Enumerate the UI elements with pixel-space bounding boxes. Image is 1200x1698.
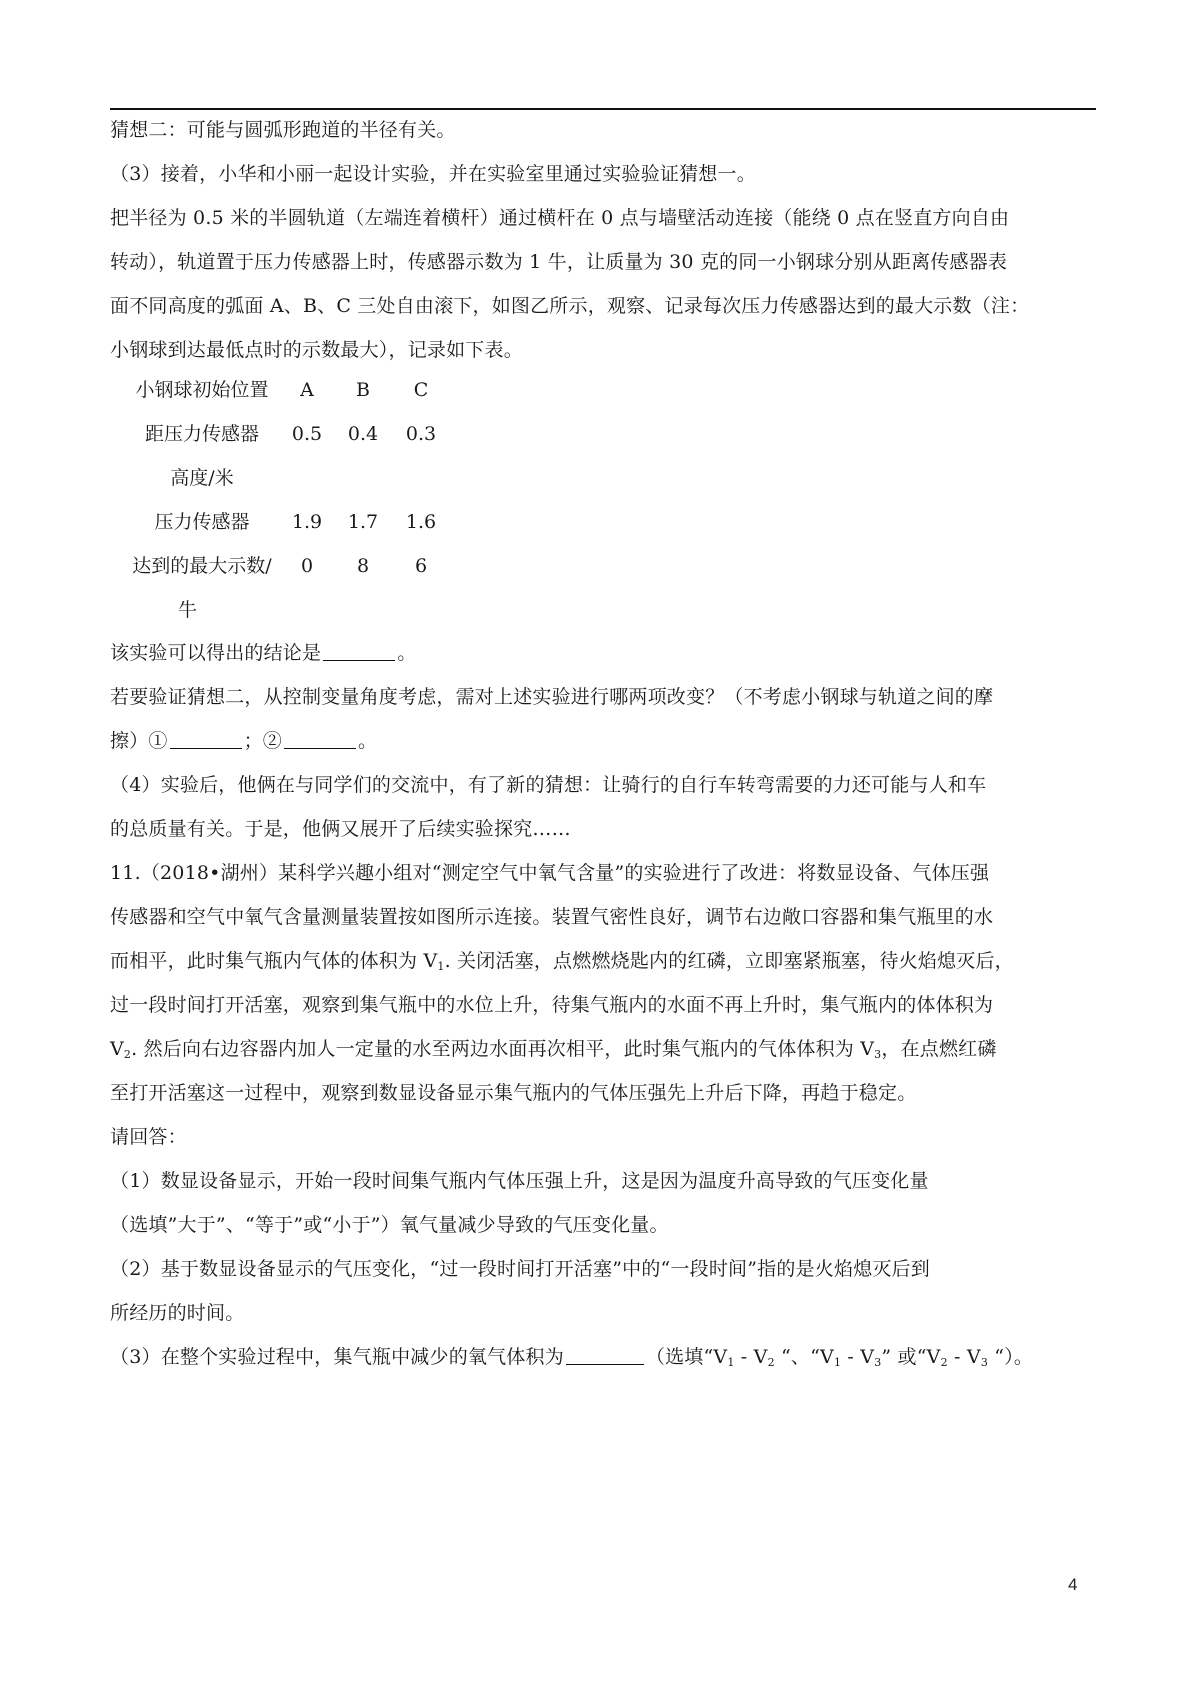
table-row2-value-a-line2: 0 <box>282 554 332 578</box>
text-line-part4-1: （4）实验后，他俩在与同学们的交流中，有了新的猜想：让骑行的自行车转弯需要的力还… <box>110 773 1100 797</box>
table-row1-label-line2: 高度/米 <box>112 466 292 490</box>
text-line-q11-6: 至打开活塞这一过程中，观察到数显设备显示集气瓶内的气体压强先上升后下降，再趋于稳… <box>110 1081 1100 1105</box>
text-line-setup-1: 把半径为 0.5 米的半圆轨道（左端连着横杆）通过横杆在 0 点与墙壁活动连接（… <box>110 206 1100 230</box>
verify-mid: ；② <box>244 730 282 752</box>
text-line-a1-2: （选填”大于”、“等于”或“小于”）氧气量减少导致的气压变化量。 <box>110 1213 1100 1237</box>
a3-prefix: （3）在整个实验过程中，集气瓶中减少的氧气体积为 <box>110 1346 564 1368</box>
text-line-setup-2: 转动），轨道置于压力传感器上时，传感器示数为 1 牛，让质量为 30 克的同一小… <box>110 250 1100 274</box>
a3-option-text: （选填“V <box>646 1346 727 1368</box>
text-line-q11-3: 而相平，此时集气瓶内气体的体积为 V1. 关闭活塞，点燃燃烧匙内的红磷，立即塞紧… <box>110 949 1100 973</box>
text-line-q11-4: 过一段时间打开活塞，观察到集气瓶中的水位上升，待集气瓶内的水面不再上升时，集气瓶… <box>110 993 1100 1017</box>
table-row2-value-a-line1: 1.9 <box>282 510 332 534</box>
subscript-1: 1 <box>437 960 444 973</box>
a3-option-text: - V <box>841 1346 874 1368</box>
a3-option-text: - V <box>735 1346 768 1368</box>
answer-blank-conclusion[interactable] <box>323 642 395 661</box>
table-col-c: C <box>396 378 446 402</box>
text-line-a2-1: （2）基于数显设备显示的气压变化，“过一段时间打开活塞”中的“一段时间”指的是火… <box>110 1257 1100 1281</box>
conclusion-line: 该实验可以得出的结论是。 <box>110 641 1100 665</box>
text-line-a2-2: 所经历的时间。 <box>110 1301 1100 1325</box>
text-line-a3: （3）在整个实验过程中，集气瓶中减少的氧气体积为（选填“V1 - V2 “、“V… <box>110 1345 1100 1369</box>
verify-prefix: 擦）① <box>110 730 168 752</box>
verify-post: 。 <box>358 730 377 752</box>
answer-blank-oxygen-volume[interactable] <box>566 1346 644 1365</box>
table-row2-label-line1: 压力传感器 <box>112 510 292 534</box>
answer-blank-change-2[interactable] <box>284 730 356 749</box>
header-rule <box>110 108 1096 110</box>
table-row1-value-a: 0.5 <box>282 422 332 446</box>
table-row1-value-c: 0.3 <box>396 422 446 446</box>
answer-blank-change-1[interactable] <box>170 730 242 749</box>
a3-option-text: “）。 <box>988 1346 1033 1368</box>
subscript: 2 <box>768 1356 775 1369</box>
a3-option-text: “、“V <box>775 1346 834 1368</box>
table-col-b: B <box>338 378 388 402</box>
table-row1-label-line1: 距压力传感器 <box>112 422 292 446</box>
table-col-a: A <box>282 378 332 402</box>
subscript: 3 <box>981 1356 988 1369</box>
text-line-part3-intro: （3）接着，小华和小丽一起设计实验，并在实验室里通过实验验证猜想一。 <box>110 162 1100 186</box>
text-line-part4-2: 的总质量有关。于是，他俩又展开了后续实验探究…… <box>110 817 1100 841</box>
table-header-label: 小钢球初始位置 <box>112 378 292 402</box>
subscript: 1 <box>727 1356 734 1369</box>
table-row2-value-c-line1: 1.6 <box>396 510 446 534</box>
table-row2-value-c-line2: 6 <box>396 554 446 578</box>
table-row2-value-b-line2: 8 <box>338 554 388 578</box>
text-line-verify-1: 若要验证猜想二，从控制变量角度考虑，需对上述实验进行哪两项改变？（不考虑小钢球与… <box>110 685 1100 709</box>
document-page: 猜想二：可能与圆弧形跑道的半径有关。 （3）接着，小华和小丽一起设计实验，并在实… <box>0 0 1200 1698</box>
page-number: 4 <box>1068 1575 1077 1595</box>
table-row1-value-b: 0.4 <box>338 422 388 446</box>
q11-line3-post: . 关闭活塞，点燃燃烧匙内的红磷，立即塞紧瓶塞，待火焰熄灭后， <box>445 950 1014 972</box>
q11-line3-pre: 而相平，此时集气瓶内气体的体积为 V <box>110 950 437 972</box>
text-line-q11-1: 11.（2018•湖州）某科学兴趣小组对“测定空气中氧气含量”的实验进行了改进：… <box>110 861 1100 885</box>
q11-line5-mid: . 然后向右边容器内加人一定量的水至两边水面再次相平，此时集气瓶内的气体体积为 … <box>131 1038 874 1060</box>
a3-option-text: ” 或“V <box>881 1346 940 1368</box>
conclusion-period: 。 <box>397 642 416 664</box>
table-row2-label-line2: 达到的最大示数/ <box>112 554 292 578</box>
text-line-q11-5: V2. 然后向右边容器内加人一定量的水至两边水面再次相平，此时集气瓶内的气体体积… <box>110 1037 1100 1061</box>
conclusion-text: 该实验可以得出的结论是 <box>110 642 321 664</box>
table-row2-label-line3: 牛 <box>178 598 197 622</box>
text-line-q11-2: 传感器和空气中氧气含量测量装置按如图所示连接。装置气密性良好，调节右边敞口容器和… <box>110 905 1100 929</box>
text-line-guess-two: 猜想二：可能与圆弧形跑道的半径有关。 <box>110 118 1100 142</box>
text-line-setup-3: 面不同高度的弧面 A、B、C 三处自由滚下，如图乙所示，观察、记录每次压力传感器… <box>110 294 1100 318</box>
q11-line5-pre: V <box>110 1038 124 1060</box>
verify-line-2: 擦）①；②。 <box>110 729 1100 753</box>
text-line-a1-1: （1）数显设备显示，开始一段时间集气瓶内气体压强上升，这是因为温度升高导致的气压… <box>110 1169 1100 1193</box>
a3-option-text: - V <box>948 1346 981 1368</box>
table-row2-value-b-line1: 1.7 <box>338 510 388 534</box>
answer-prompt: 请回答： <box>110 1125 1100 1149</box>
q11-line5-post: ，在点燃红磷 <box>881 1038 996 1060</box>
text-line-setup-4: 小钢球到达最低点时的示数最大），记录如下表。 <box>110 338 1100 362</box>
subscript: 2 <box>941 1356 948 1369</box>
